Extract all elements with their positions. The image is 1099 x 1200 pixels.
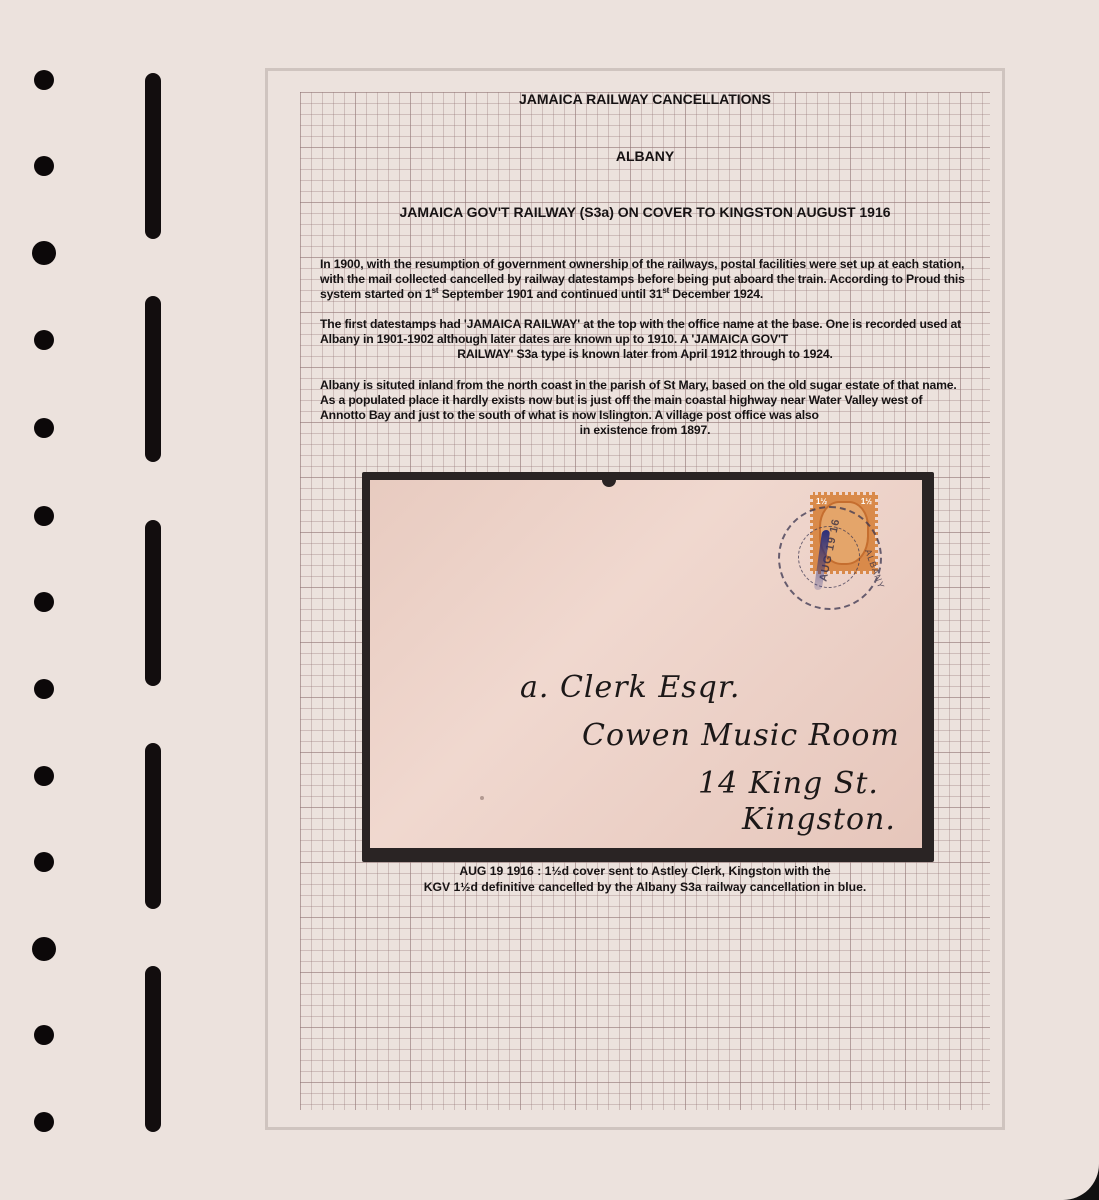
caption-line: KGV 1½d definitive cancelled by the Alba… xyxy=(300,879,990,895)
binder-hole xyxy=(34,852,54,872)
address-line: a. Clerk Esqr. xyxy=(520,670,740,705)
paragraph-history: In 1900, with the resumption of governme… xyxy=(320,257,970,302)
show-through-text xyxy=(110,520,150,720)
address-line: 14 King St. xyxy=(698,766,879,801)
binder-hole xyxy=(34,156,54,176)
pinhole xyxy=(480,796,484,800)
stamp-value-right: 1½ xyxy=(861,497,872,506)
paragraph-text: September 1901 and continued until 31 xyxy=(438,287,662,301)
page-subtitle: ALBANY xyxy=(300,148,990,164)
paragraph-text: Albany is situted inland from the north … xyxy=(320,378,957,422)
binder-slot xyxy=(145,743,161,909)
address-line: Kingston. xyxy=(742,802,896,837)
binder-hole xyxy=(34,766,54,786)
stamp-value-left: 1½ xyxy=(816,497,827,506)
paragraph-datestamps: The first datestamps had 'JAMAICA RAILWA… xyxy=(320,317,970,362)
binder-hole xyxy=(34,679,54,699)
binder-hole xyxy=(32,937,56,961)
cover-caption: AUG 19 1916 : 1½d cover sent to Astley C… xyxy=(300,863,990,895)
item-heading: JAMAICA GOV'T RAILWAY (S3a) ON COVER TO … xyxy=(300,204,990,220)
paragraph-text: The first datestamps had 'JAMAICA RAILWA… xyxy=(320,317,961,346)
caption-line: AUG 19 1916 : 1½d cover sent to Astley C… xyxy=(300,863,990,879)
binder-hole xyxy=(34,70,54,90)
railway-postmark: AUG 19 16 ALBANY xyxy=(778,506,882,610)
binder-hole xyxy=(32,241,56,265)
postmark-office: ALBANY xyxy=(863,548,887,590)
binder-hole xyxy=(34,506,54,526)
paragraph-text: RAILWAY' S3a type is known later from Ap… xyxy=(320,347,970,362)
binder-hole xyxy=(34,418,54,438)
address-line: Cowen Music Room xyxy=(582,718,900,753)
binder-hole xyxy=(34,1025,54,1045)
binder-hole xyxy=(34,330,54,350)
binder-slot xyxy=(145,73,161,239)
envelope-notch xyxy=(602,480,616,487)
paragraph-text: in existence from 1897. xyxy=(320,423,970,438)
page-corner xyxy=(1059,1160,1099,1200)
envelope-cover: 1½ 1½ AUG 19 16 ALBANY a. Clerk Esqr. Co… xyxy=(370,480,922,848)
binder-slot xyxy=(145,966,161,1132)
page-title: JAMAICA RAILWAY CANCELLATIONS xyxy=(300,91,990,107)
paragraph-location: Albany is situted inland from the north … xyxy=(320,378,970,438)
binder-slot xyxy=(145,296,161,462)
binder-hole xyxy=(34,1112,54,1132)
binder-hole xyxy=(34,592,54,612)
paragraph-text: December 1924. xyxy=(669,287,763,301)
